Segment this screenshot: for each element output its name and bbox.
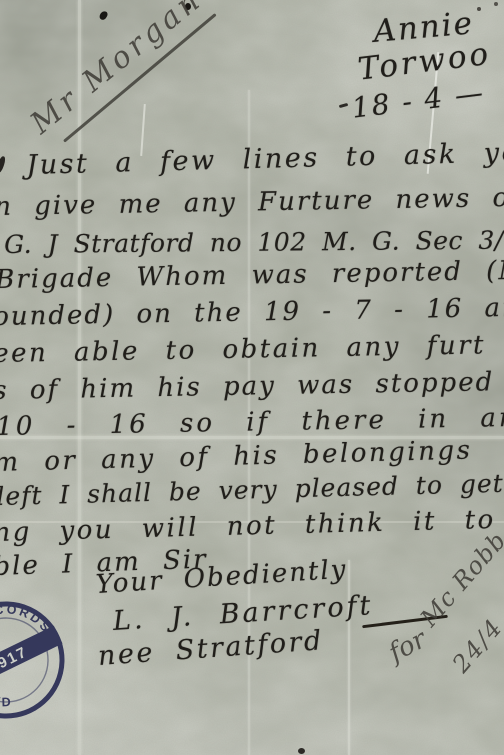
pencil-dot [494, 2, 498, 6]
letter-body-line: Just a few lines to ask you [26, 137, 504, 181]
pencil-dot [477, 7, 481, 11]
pencil-annotation-date: 24/4 [447, 613, 504, 678]
records-office-date-stamp: CORDS. ED 1917 [0, 570, 96, 749]
fold-crease-vertical [348, 560, 350, 755]
scanned-letter-page: Mr Morgan Annie Torwoo 18 - 4 — Just a f… [0, 0, 504, 755]
letter-body-line: ounded) on the 19 - 7 - 16 and I [0, 292, 504, 332]
letter-body-line: een able to obtain any furt [0, 330, 486, 369]
letter-body-line: s of him his pay was stopped t [0, 367, 504, 406]
letter-body-line: n give me any Furture news of [0, 183, 504, 222]
letter-body-line: G. J Stratford no 102 M. G. Sec 3/ st [4, 225, 504, 259]
pencil-annotation-recipient: Mr Morgan [24, 0, 209, 141]
pencil-dash [339, 103, 348, 108]
letter-body-line: Brigade Whom was reported (Mis [0, 255, 504, 295]
pencil-annotation-for: for [384, 624, 431, 668]
letter-body-line: ng you will not think it to [0, 505, 496, 548]
cut-off-ink-mark [0, 155, 6, 173]
ink-speck [298, 748, 305, 754]
ink-speck [98, 10, 108, 21]
